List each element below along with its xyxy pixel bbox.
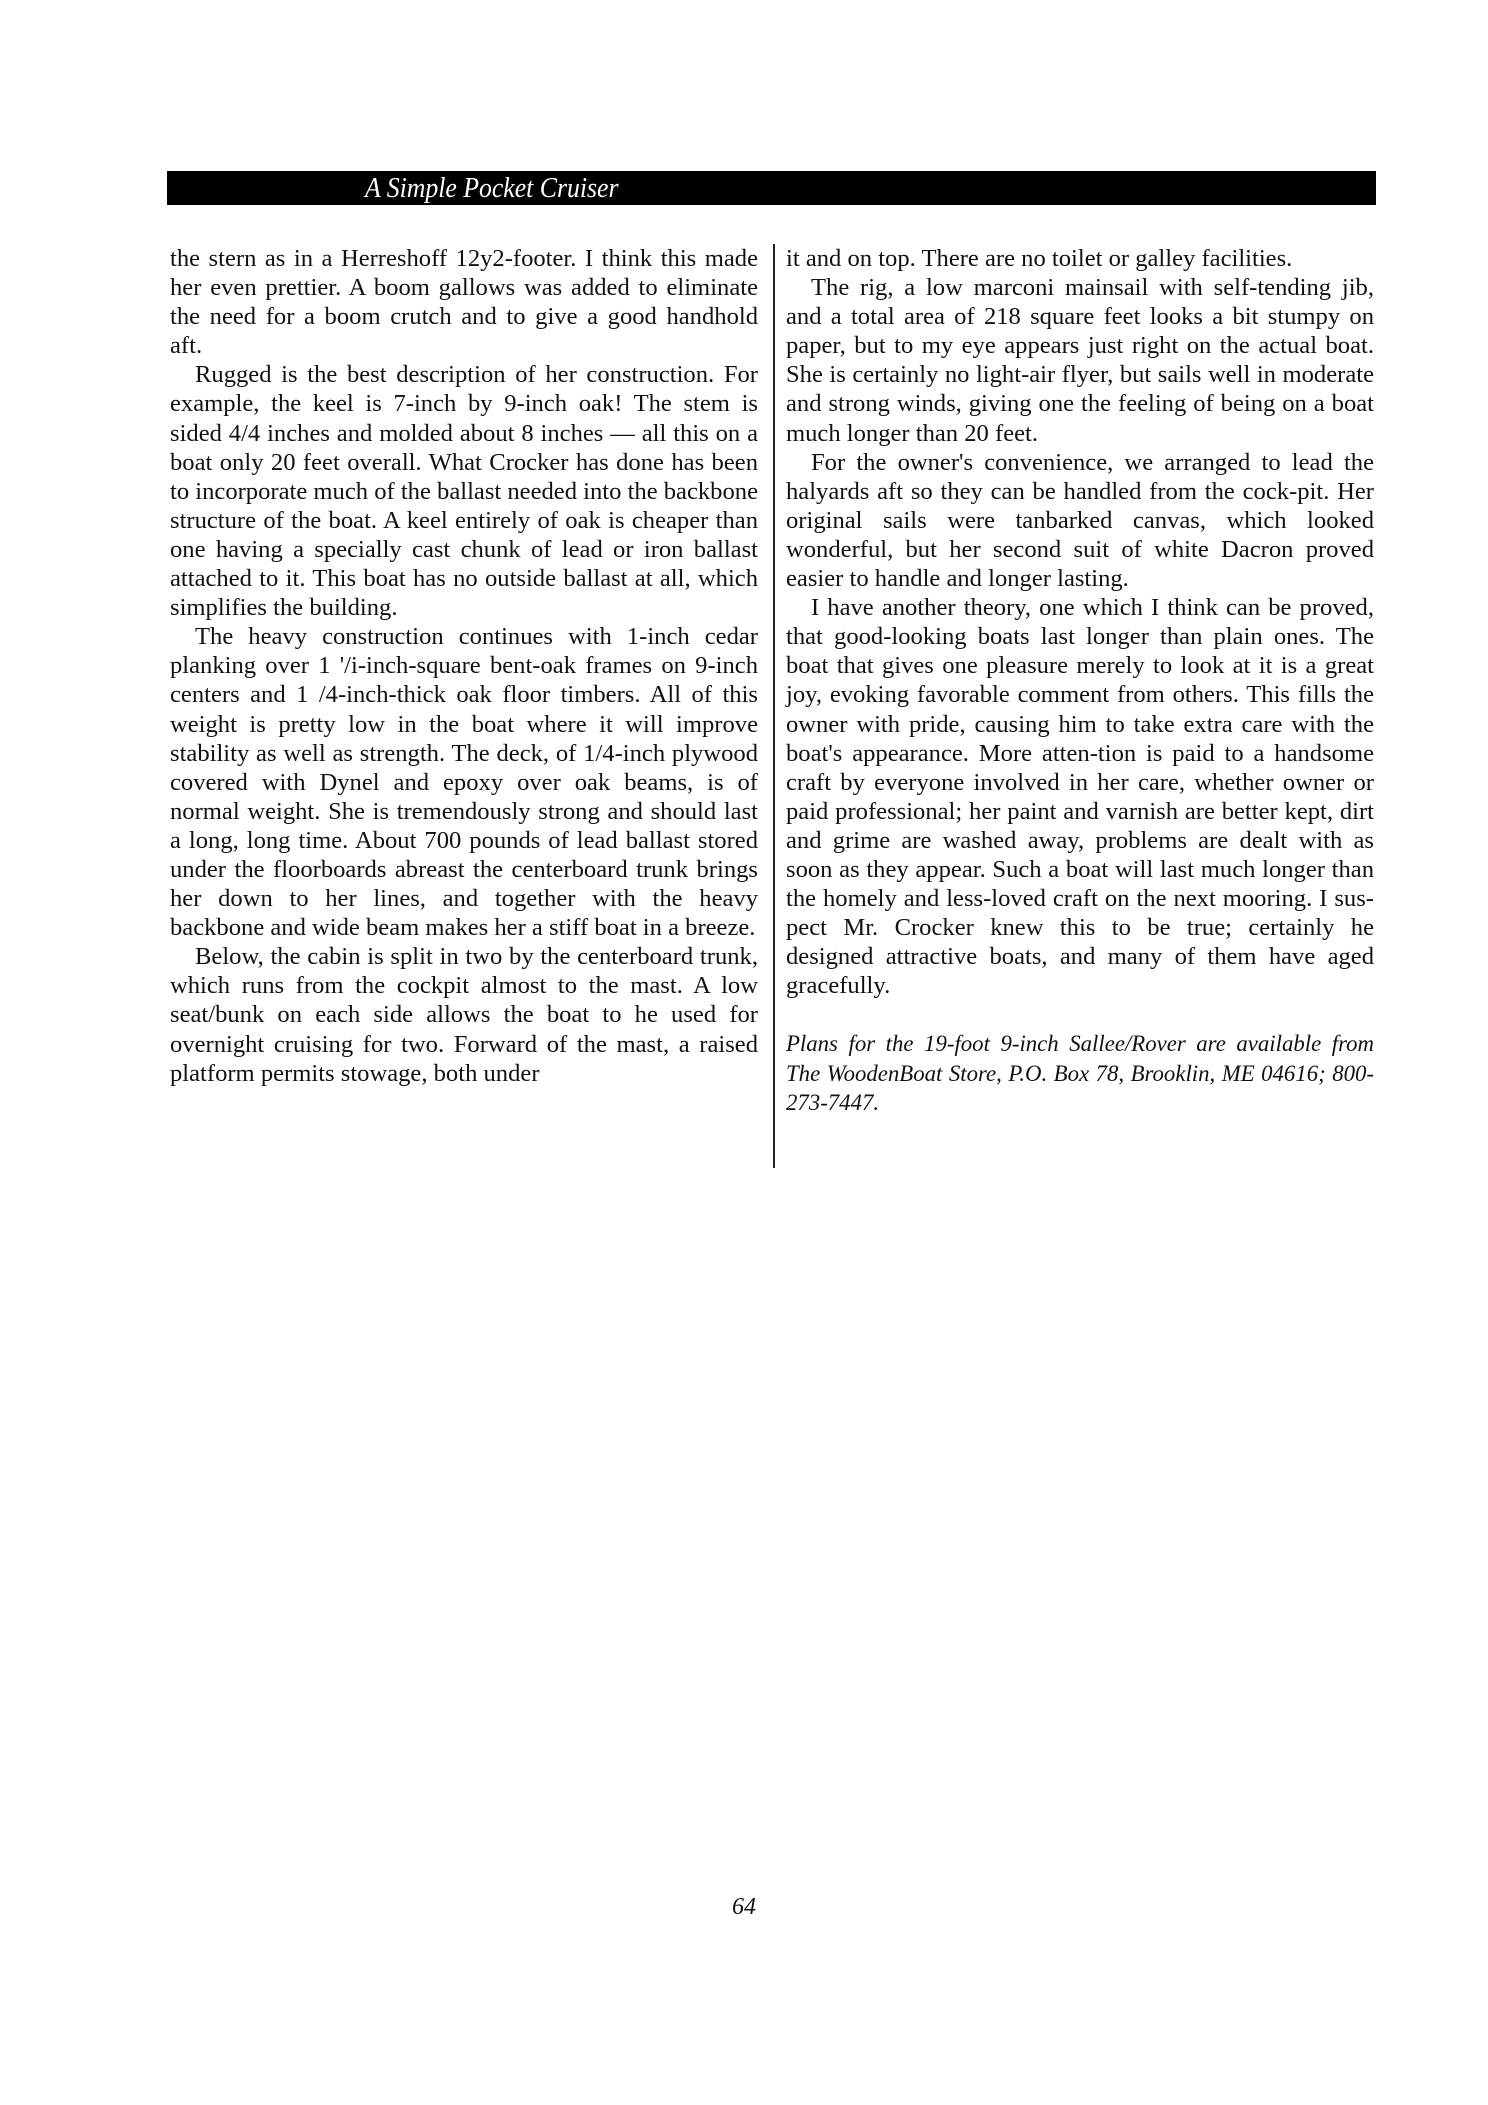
right-text-column: it and on top. There are no toilet or ga… — [786, 244, 1374, 1117]
paragraph: The rig, a low marconi mainsail with sel… — [786, 273, 1374, 448]
paragraph: Rugged is the best description of her co… — [170, 360, 758, 622]
paragraph: it and on top. There are no toilet or ga… — [786, 244, 1374, 273]
column-divider — [773, 244, 775, 1168]
paragraph: the stern as in a Herreshoff 12y2-footer… — [170, 244, 758, 360]
paragraph: The heavy construction continues with 1-… — [170, 622, 758, 942]
running-header-bar: A Simple Pocket Cruiser — [167, 171, 1376, 205]
left-text-column: the stern as in a Herreshoff 12y2-footer… — [170, 244, 758, 1088]
paragraph: For the owner's convenience, we arranged… — [786, 448, 1374, 593]
paragraph: Below, the cabin is split in two by the … — [170, 942, 758, 1087]
plans-availability-note: Plans for the 19-foot 9-inch Sallee/Rove… — [786, 1029, 1374, 1116]
running-header-title: A Simple Pocket Cruiser — [365, 171, 619, 205]
paragraph: I have another theory, one which I think… — [786, 593, 1374, 1000]
page-number: 64 — [0, 1894, 1488, 1921]
